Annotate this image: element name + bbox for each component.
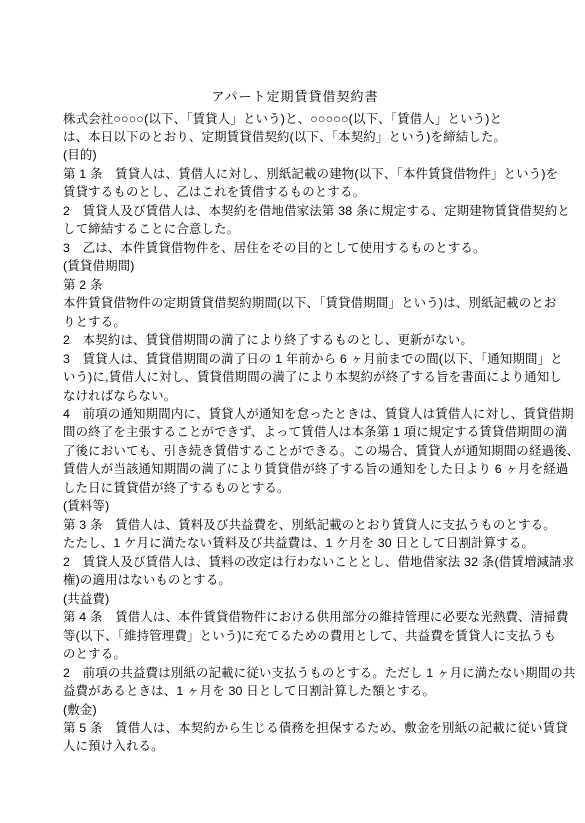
document-line: 2 本契約は、賃貸借期間の満了により終了するものとし、更新がない。 xyxy=(63,331,527,349)
document-line: 2 前項の共益費は別紙の記載に従い支払うものとする。ただし 1 ヶ月に満たない期… xyxy=(63,664,527,682)
document-line: 賃貸するものとし、乙はこれを賃借するものとする。 xyxy=(63,183,527,201)
document-line: 権)の適用はないものとする。 xyxy=(63,571,527,589)
document-line: 賃借人が当該通知期間の満了により賃貸借が終了する旨の通知をした日より 6 ヶ月を… xyxy=(63,460,527,478)
document-line: 2 賃貸人及び賃借人は、本契約を借地借家法第 38 条に規定する、定期建物賃貸借… xyxy=(63,202,527,220)
document-line: いう)に,賃借人に対し、賃貸借期間の満了により本契約が終了する旨を書面により通知… xyxy=(63,368,527,386)
document-line: りとする。 xyxy=(63,313,527,331)
document-line: 第 1 条 賃貸人は、賃借人に対し、別紙記載の建物(以下、「本件賃貸借物件」とい… xyxy=(63,165,527,183)
document-line: 人に預け入れる。 xyxy=(63,737,527,755)
document-line: 第 2 条 xyxy=(63,276,527,294)
document-line: は、本日以下のとおり、定期賃貸借契約(以下、「本契約」という)を締結した。 xyxy=(63,128,527,146)
document-line: 2 賃貸人及び賃借人は、賃料の改定は行わないこととし、借地借家法 32 条(借賃… xyxy=(63,553,527,571)
document-line: 間の終了を主張することができず、よって賃借人は本条第 1 項に規定する賃貸借期間… xyxy=(63,423,527,441)
document-line: (敷金) xyxy=(63,701,527,719)
document-line: (目的) xyxy=(63,146,527,164)
document-line: 4 前項の通知期間内に、賃貸人が通知を怠ったときは、賃貸人は賃借人に対し、賃貸借… xyxy=(63,405,527,423)
document-line: 3 乙は、本件賃貸借物件を、居住をその目的として使用するものとする。 xyxy=(63,239,527,257)
document-line: 第 3 条 賃借人は、賃料及び共益費を、別紙記載のとおり賃貸人に支払うものとする… xyxy=(63,516,527,534)
contract-document-page: アパート定期賃貸借契約書 株式会社○○○○(以下、「賃貸人」という)と、○○○○… xyxy=(0,0,585,823)
document-line: した日に賃貸借が終了するものとする。 xyxy=(63,479,527,497)
document-body: 株式会社○○○○(以下、「賃貸人」という)と、○○○○○(以下、「賃借人」という… xyxy=(63,110,527,756)
document-line: 益費があるときは、1 ヶ月を 30 日として日割計算した額とする。 xyxy=(63,682,527,700)
document-line: 第 4 条 賃借人は、本件賃貸借物件における供用部分の維持管理に必要な光熱費、清… xyxy=(63,608,527,626)
document-title: アパート定期賃貸借契約書 xyxy=(63,88,527,107)
document-line: 3 賃貸人は、賃貸借期間の満了日の 1 年前から 6 ヶ月前までの間(以下、「通… xyxy=(63,350,527,368)
document-line: のとする。 xyxy=(63,645,527,663)
document-line: (賃料等) xyxy=(63,497,527,515)
document-line: 第 5 条 賃借人は、本契約から生じる債務を担保するため、敷金を別紙の記載に従い… xyxy=(63,719,527,737)
document-line: なければならない。 xyxy=(63,387,527,405)
document-line: 等(以下、「維持管理費」という)に充てるための費用として、共益費を賃貸人に支払う… xyxy=(63,627,527,645)
document-line: 了後においても、引き続き賃借することができる。この場合、賃貸人が通知期間の経過後… xyxy=(63,442,527,460)
document-line: (共益費) xyxy=(63,590,527,608)
document-line: して締結することに合意した。 xyxy=(63,220,527,238)
document-line: (賃貸借期間) xyxy=(63,257,527,275)
document-line: 株式会社○○○○(以下、「賃貸人」という)と、○○○○○(以下、「賃借人」という… xyxy=(63,110,527,128)
document-line: 本件賃貸借物件の定期賃貸借契約期間(以下、「賃貸借期間」という)は、別紙記載のと… xyxy=(63,294,527,312)
document-line: たたし、1 ケ月に満たない賃料及び共益費は、1 ケ月を 30 日として日割計算す… xyxy=(63,534,527,552)
